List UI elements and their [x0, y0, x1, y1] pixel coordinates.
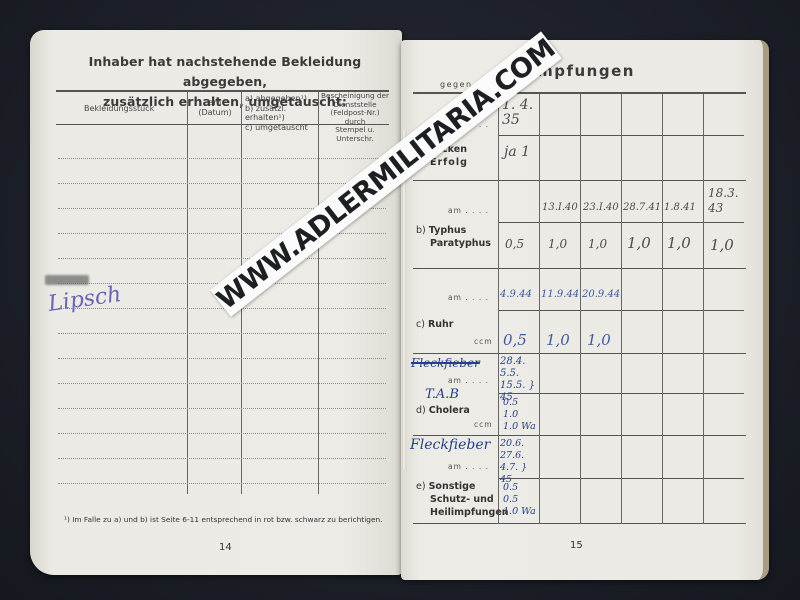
- column-divider: [621, 94, 622, 524]
- section-letter: c): [416, 319, 425, 330]
- table-row: [58, 383, 386, 384]
- ccm-label: ccm: [474, 420, 493, 429]
- ruhr-value-3: 1,0: [587, 333, 611, 348]
- section-letter: e): [416, 481, 426, 492]
- section-letter: b): [416, 225, 426, 236]
- header-line: c) umgetauscht: [245, 123, 317, 133]
- section-name-3: Heilimpfungen: [430, 507, 509, 518]
- section-name-2: Erfolg: [430, 157, 468, 168]
- header-line: Stempel u. Unterschr.: [320, 126, 390, 143]
- typhus-value-6: 1,0: [710, 238, 734, 253]
- handwritten-fleckfieber: Fleckfieber: [410, 438, 490, 452]
- header-action: a) abgegeben¹) b) zusätzl. erhalten¹) c)…: [245, 94, 317, 132]
- section-b-label: b) Typhus Paratyphus: [416, 224, 491, 250]
- typhus-date-4: 28.7.41: [623, 203, 661, 213]
- header-bescheinigung: Bescheinigung der Dienststelle (Feldpost…: [320, 92, 390, 143]
- cholera-values: 0.5 1.0 1.0 Wa: [503, 397, 537, 433]
- pocken-date: 1. 4. 35: [502, 98, 536, 128]
- header-line: a) abgegeben¹): [245, 94, 317, 104]
- table-row: [58, 358, 386, 359]
- column-divider: [498, 94, 499, 524]
- typhus-value-3: 1,0: [588, 238, 607, 250]
- typhus-date-5: 1.8.41: [664, 203, 696, 213]
- stamp-smudge: [45, 275, 89, 285]
- sonstige-dates: 20.6. 27.6. 4.7. } 45: [500, 438, 540, 486]
- table-row: [58, 483, 386, 484]
- title-line-1: Inhaber hat nachstehende Bekleidung abge…: [60, 52, 390, 92]
- section-name-2: Schutz- und: [430, 494, 494, 505]
- typhus-date-2: 13.I.40: [542, 203, 578, 213]
- page-number-left: 14: [219, 542, 232, 553]
- column-divider: [580, 94, 581, 524]
- header-bekleidungsstueck: Bekleidungsstück: [84, 104, 154, 114]
- footnote: ¹) Im Falle zu a) und b) ist Seite 6-11 …: [64, 515, 383, 524]
- section-d-label: d) Cholera: [416, 404, 470, 417]
- section-letter: d): [416, 405, 426, 416]
- table-row: [58, 158, 386, 159]
- typhus-date-6: 18.3. 43: [708, 186, 740, 216]
- header-line: am: [191, 98, 239, 108]
- section-c-label: c) Ruhr: [416, 318, 454, 331]
- ccm-label: ccm: [474, 337, 493, 346]
- table-row: [58, 458, 386, 459]
- typhus-value-1: 0,5: [505, 238, 524, 250]
- ruhr-date-3: 20.9.44: [582, 290, 620, 300]
- header-line: b) zusätzl. erhalten¹): [245, 104, 317, 123]
- table-row: [58, 183, 386, 184]
- section-name: Ruhr: [428, 319, 454, 330]
- header-line: (Datum): [191, 108, 239, 118]
- typhus-date-3: 23.I.40: [583, 203, 619, 213]
- section-name: Cholera: [429, 405, 470, 416]
- section-name: Sonstige: [429, 481, 476, 492]
- am-label: am . . . .: [448, 462, 489, 471]
- ruhr-date-1: 4.9.44: [500, 290, 532, 300]
- table-row: [58, 333, 386, 334]
- section-name: Typhus: [429, 225, 467, 236]
- table-row: [58, 408, 386, 409]
- sonstige-values: 0.5 0.5 1.0 Wa: [503, 482, 537, 518]
- table-row: [58, 433, 386, 434]
- handwritten-tab: T.A.B: [425, 388, 459, 401]
- crossed-out-fleckfieber: Fleckfieber: [411, 357, 480, 369]
- am-label: am . . . .: [448, 293, 489, 302]
- column-divider: [703, 94, 704, 524]
- ruhr-value-2: 1,0: [546, 333, 570, 348]
- ruhr-date-2: 11.9.44: [541, 290, 579, 300]
- typhus-value-5: 1,0: [667, 236, 691, 251]
- section-e-label: e) Sonstige Schutz- und Heilimpfungen: [416, 480, 509, 519]
- column-divider: [662, 94, 663, 524]
- typhus-value-4: 1,0: [627, 236, 651, 251]
- am-label: am . . . .: [448, 376, 489, 385]
- page-number-right: 15: [570, 540, 583, 551]
- typhus-value-2: 1,0: [548, 238, 567, 250]
- header-datum: am (Datum): [191, 98, 239, 117]
- section-name-2: Paratyphus: [430, 238, 491, 249]
- table-row: [58, 258, 386, 259]
- ruhr-value-1: 0,5: [503, 333, 527, 348]
- header-line: (Feldpost-Nr.) durch: [320, 109, 390, 126]
- pocken-result: ja 1: [504, 145, 530, 159]
- am-label: am . . . .: [448, 206, 489, 215]
